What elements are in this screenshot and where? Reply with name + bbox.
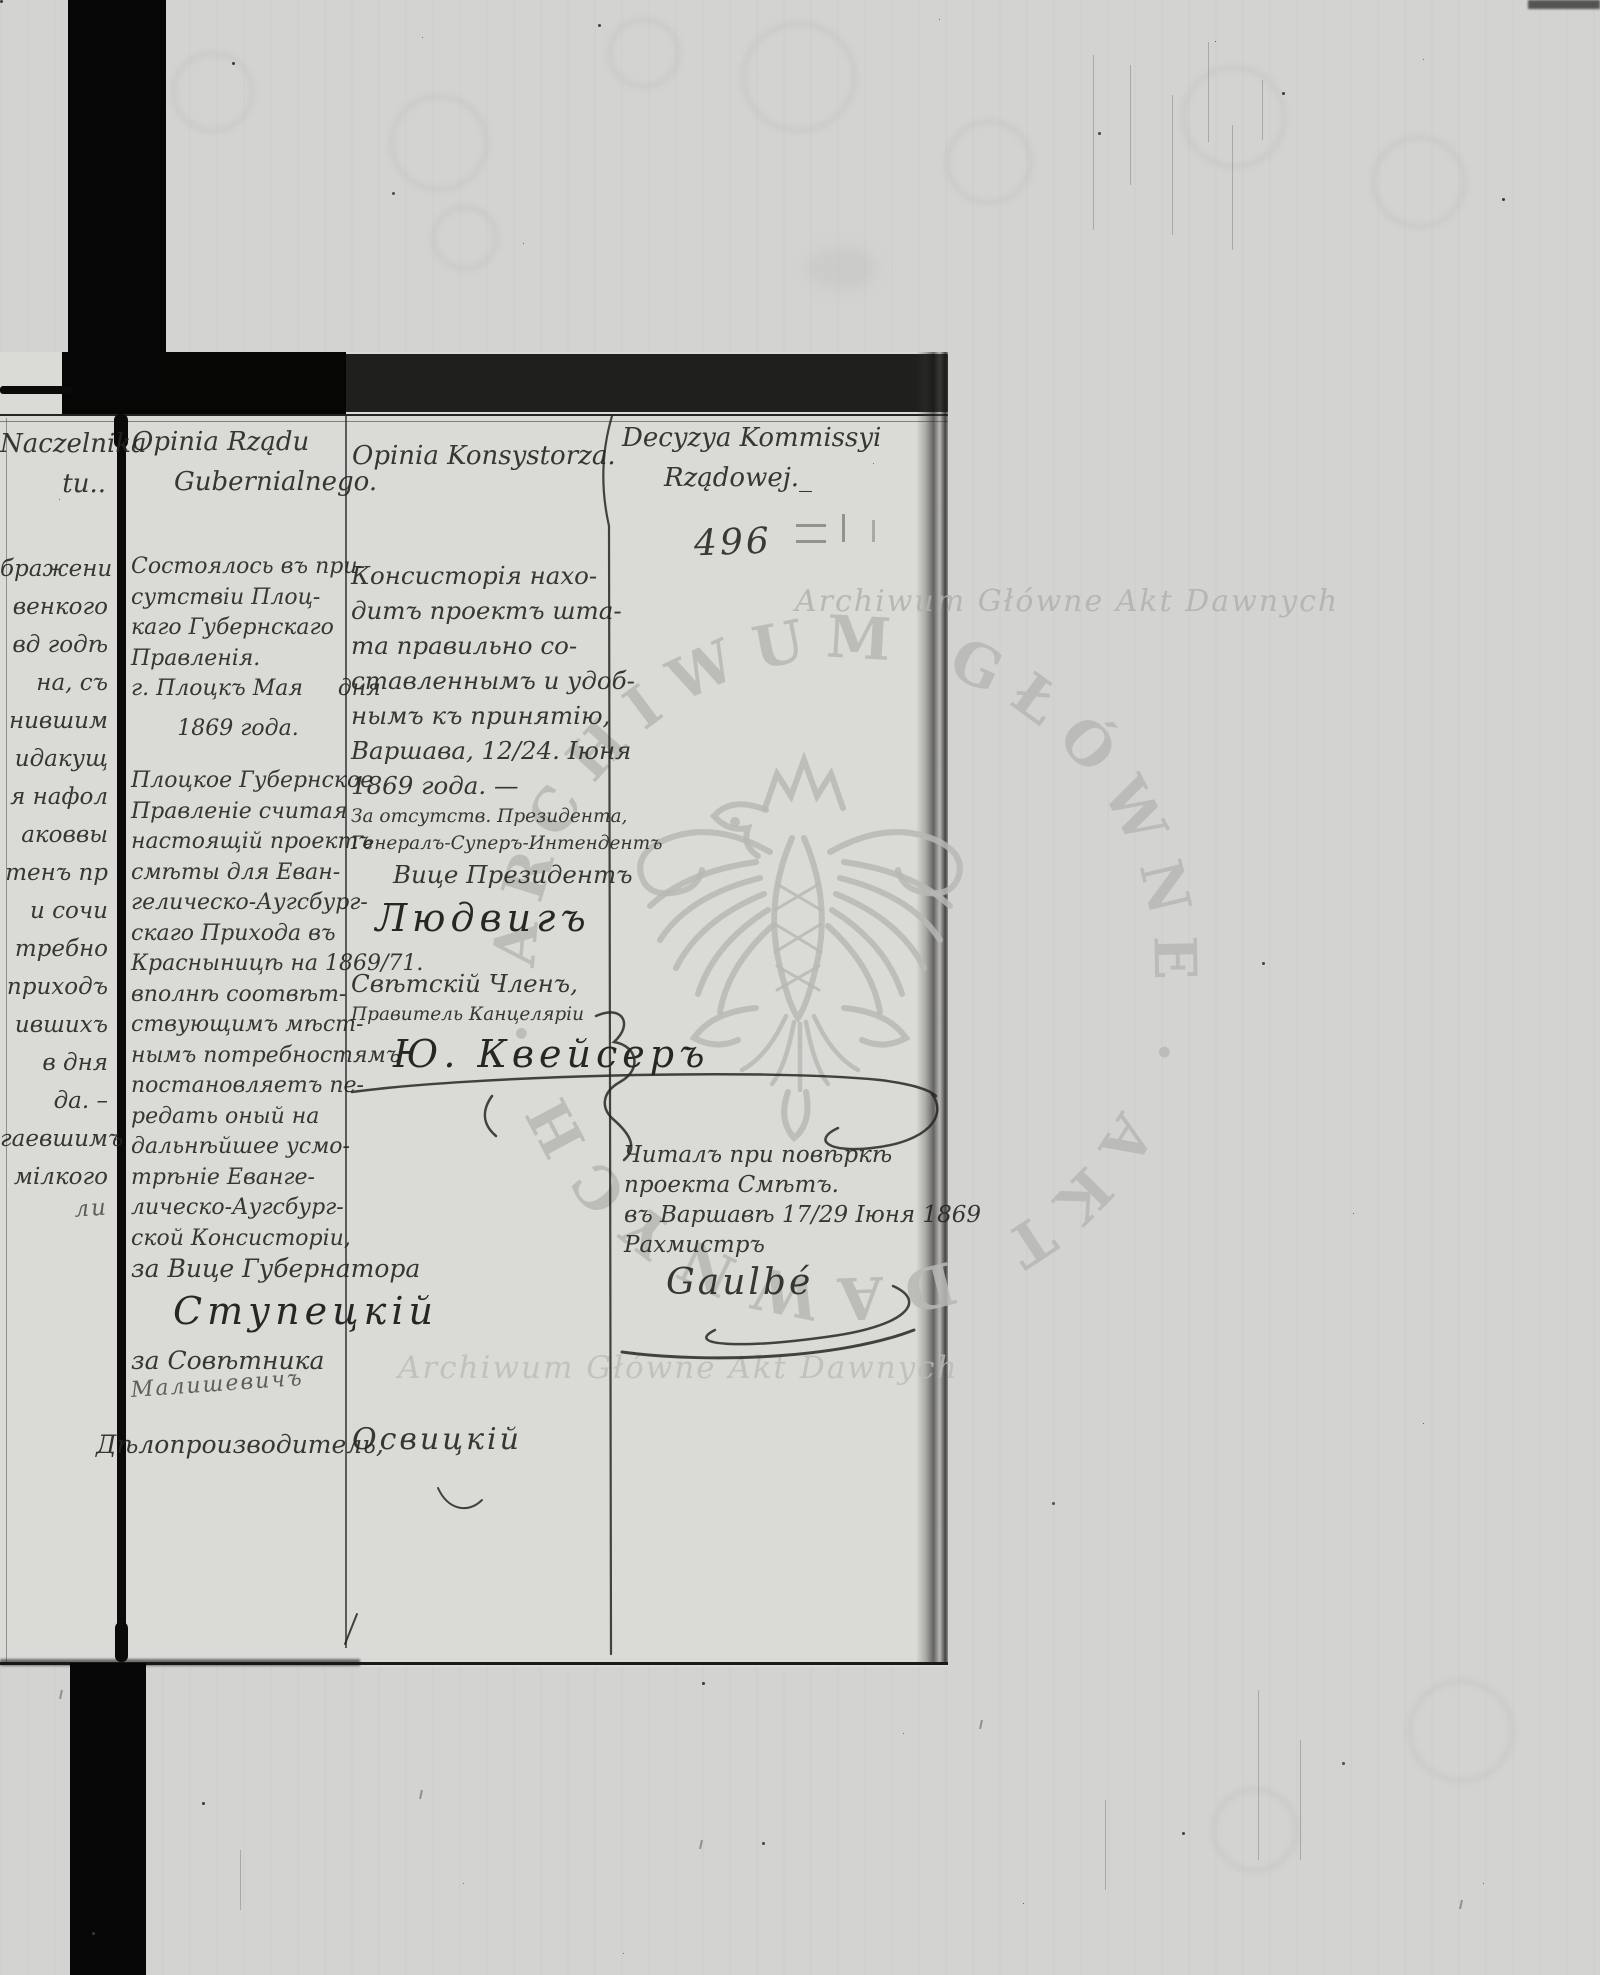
- column-divider-curved: [603, 416, 612, 1654]
- scratch: [1105, 1800, 1106, 1890]
- film-edge-mark: [1528, 0, 1600, 9]
- film-edge-mark: [0, 386, 72, 394]
- scratch: [1172, 95, 1173, 235]
- scratch: [1262, 80, 1263, 140]
- scratch: [1130, 65, 1131, 185]
- scratch: [1232, 125, 1233, 250]
- archival-scan: ARCHIWUM GŁÓWNE · AKT DAWNYCH · A: [0, 0, 1600, 1975]
- dust-specks: [0, 0, 3, 3]
- film-edge-bar: [70, 1663, 146, 1975]
- scratch: [1208, 42, 1209, 142]
- film-edge-bar: [68, 0, 166, 402]
- scratch: [1300, 1740, 1301, 1860]
- scratch: [1093, 55, 1094, 230]
- scratch: [1258, 1690, 1259, 1860]
- scratch: [240, 1850, 241, 1910]
- signature-flourishes: [0, 0, 1600, 1975]
